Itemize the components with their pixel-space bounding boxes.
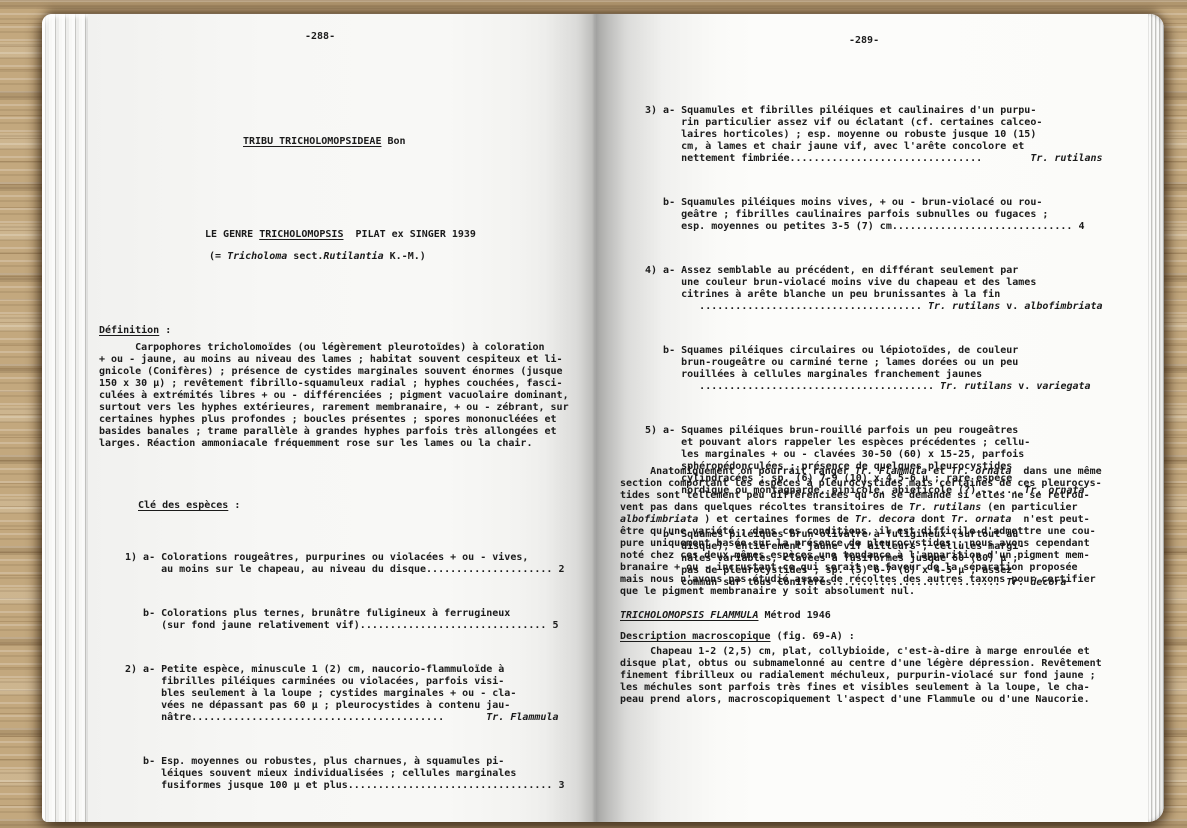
- genus-synonym: (= Tricholoma sect.Rutilantia K.-M.): [209, 251, 426, 263]
- key-item-1b: b- Colorations plus ternes, brunâtre ful…: [125, 608, 565, 632]
- page-number-left: -288-: [305, 31, 335, 43]
- description-paragraph: Chapeau 1-2 (2,5) cm, plat, collybioide,…: [620, 646, 1102, 706]
- tribe-heading: TRIBU TRICHOLOMOPSIDEAE Bon: [243, 136, 406, 148]
- discussion-paragraph: Anatomiquement on pourrait ranger Tr. Fl…: [620, 466, 1102, 598]
- key-item-2b: b- Esp. moyennes ou robustes, plus charn…: [125, 756, 565, 792]
- description-heading: Description macroscopique (fig. 69-A) :: [620, 631, 855, 643]
- key-item-2a: 2) a- Petite espèce, minuscule 1 (2) cm,…: [125, 664, 565, 724]
- key-item-4a: 4) a- Assez semblable au précédent, en d…: [645, 265, 1103, 313]
- genus-heading: LE GENRE TRICHOLOMOPSIS PILAT ex SINGER …: [205, 229, 476, 241]
- species-key-left-column: 1) a- Colorations rougeâtres, purpurines…: [125, 528, 565, 824]
- key-item-3a: 3) a- Squamules et fibrilles piléiques e…: [645, 105, 1103, 165]
- key-item-1a: 1) a- Colorations rougeâtres, purpurines…: [125, 552, 565, 576]
- scanned-book-view: -288- TRIBU TRICHOLOMOPSIDEAE Bon LE GEN…: [0, 0, 1187, 828]
- definition-heading: Définition :: [99, 325, 171, 337]
- key-item-4b: b- Squames piléiques circulaires ou lépi…: [645, 345, 1103, 393]
- species-key-heading: Clé des espèces :: [138, 500, 240, 512]
- key-item-3b: b- Squamules piléiques moins vives, + ou…: [645, 197, 1103, 233]
- page-content-layer: -288- TRIBU TRICHOLOMOPSIDEAE Bon LE GEN…: [0, 0, 1187, 828]
- page-number-right: -289-: [849, 35, 879, 47]
- definition-paragraph: Carpophores tricholomoïdes (ou légèremen…: [99, 342, 569, 450]
- species-heading: TRICHOLOMOPSIS FLAMMULA Métrod 1946: [620, 610, 831, 622]
